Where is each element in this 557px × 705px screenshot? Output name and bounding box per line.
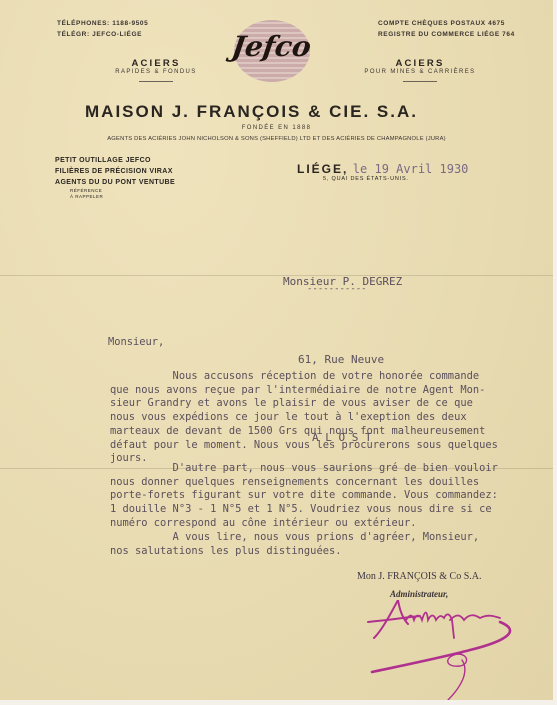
- right-product: ACIERS: [360, 58, 480, 69]
- left-product: ACIERS: [110, 58, 202, 69]
- divider: [139, 81, 173, 82]
- paragraph-1: Nous accusons réception de votre honorée…: [110, 370, 498, 466]
- jefco-logo-text: Jefco: [230, 30, 313, 63]
- product-line: PETIT OUTILLAGE JEFCO: [55, 155, 175, 166]
- salutation: Monsieur,: [108, 336, 164, 350]
- product-line: AGENTS DU DU PONT VENTUBE: [55, 177, 175, 188]
- paragraph-3: A vous lire, nous vous prions d'agréer, …: [110, 531, 479, 558]
- paragraph-2: D'autre part, nous vous saurions gré de …: [110, 462, 498, 531]
- letter-page: TÉLÉPHONES: 1188-9505 TÉLÉGR: JEFCO-LIÉG…: [0, 0, 553, 700]
- product-line: FILIÈRES DE PRÉCISION VIRAX: [55, 166, 175, 177]
- signature-icon: [360, 600, 540, 700]
- recipient-underline: -----------: [307, 285, 367, 294]
- left-product-sub: RAPIDES & FONDUS: [110, 69, 202, 75]
- founded: FONDÉE EN 1888: [0, 125, 553, 131]
- right-product-sub: POUR MINES & CARRIÈRES: [360, 69, 480, 75]
- telephones: TÉLÉPHONES: 1188-9505: [57, 20, 148, 27]
- company-name: MAISON J. FRANÇOIS & CIE. S.A.: [85, 102, 418, 122]
- telegraph: TÉLÉGR: JEFCO-LIÉGE: [57, 31, 142, 38]
- trade-register: REGISTRE DU COMMERCE LIÉGE 764: [378, 31, 515, 38]
- stamp-title: Administrateur,: [390, 589, 448, 599]
- date: le 19 Avril 1930: [353, 162, 469, 176]
- divider: [403, 81, 437, 82]
- postal-account: COMPTE CHÈQUES POSTAUX 4675: [378, 20, 505, 27]
- city: LIÉGE,: [297, 162, 348, 176]
- left-product-block: ACIERS RAPIDES & FONDUS: [110, 58, 202, 82]
- reference-note: RÉFÉRENCE À RAPPELER: [70, 188, 103, 200]
- fold-line: [0, 275, 553, 276]
- product-lines: PETIT OUTILLAGE JEFCO FILIÈRES DE PRÉCIS…: [55, 155, 175, 188]
- agents-line: AGENTS DES ACIÉRIES JOHN NICHOLSON & SON…: [0, 136, 553, 142]
- company-stamp: Mon J. FRANÇOIS & Co S.A.: [357, 571, 481, 582]
- street-address: 5, QUAI DES ÉTATS-UNIS.: [323, 176, 409, 182]
- reference-label: À RAPPELER: [70, 194, 103, 200]
- right-product-block: ACIERS POUR MINES & CARRIÈRES: [360, 58, 480, 82]
